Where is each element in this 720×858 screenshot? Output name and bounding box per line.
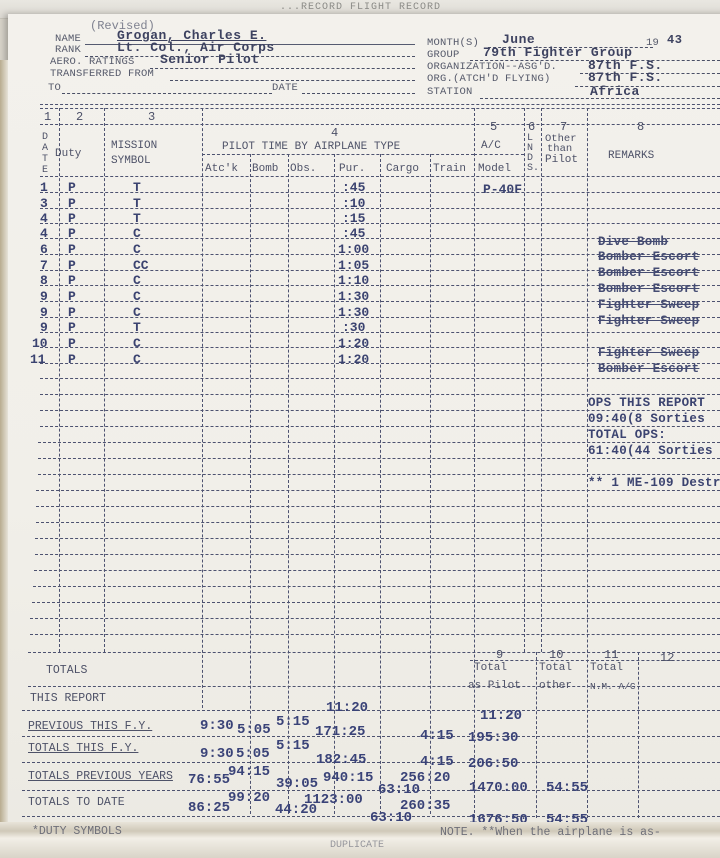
entry-remark: Fighter Sweep — [598, 314, 699, 328]
entry-date: 9 — [40, 305, 48, 320]
aero-ratings-value: Senior Pilot — [160, 52, 260, 67]
col-head-atck: Atc'k — [205, 163, 238, 176]
entry-date: 11 — [30, 352, 46, 367]
entry-remark: Bomber Escort — [598, 250, 699, 264]
col-head-ac: A/C — [481, 140, 501, 153]
totals-title: TOTALS — [46, 664, 87, 677]
ops-this-report-value: 09:40(8 Sorties — [588, 412, 705, 426]
date-label: DATE — [272, 82, 298, 94]
entry-remark: Bomber Escort — [598, 282, 699, 296]
entry-duty: P — [68, 242, 76, 257]
entry-duty: P — [68, 289, 76, 304]
entry-duty: P — [68, 320, 76, 335]
entry-pur: :45 — [342, 226, 365, 241]
totals-this-report-pur: 11:20 — [326, 700, 368, 716]
col-num-2: 2 — [76, 110, 83, 124]
totals-previous-fy-train: 4:15 — [420, 728, 454, 744]
org-attached-value: 87th F.S. — [588, 70, 663, 85]
col-num-5: 5 — [490, 120, 497, 134]
totals-to-date-train: 260:35 — [400, 798, 450, 814]
entry-date: 3 — [40, 196, 48, 211]
entry-duty: P — [68, 196, 76, 211]
entry-duty: P — [68, 211, 76, 226]
totals-to-date-bomb: 99:20 — [228, 790, 270, 806]
col10-line1: Total — [539, 662, 572, 675]
col-head-bomb: Bomb — [252, 163, 278, 176]
col-head-mission-2: SYMBOL — [111, 155, 151, 168]
col-head-pur: Pur. — [339, 163, 365, 176]
footer-note: NOTE. **When the airplane is as- — [440, 826, 661, 839]
entry-mission: C — [133, 242, 141, 257]
entry-mission: C — [133, 226, 141, 241]
totals-previous-fy-obs: 5:15 — [276, 714, 310, 730]
entry-duty: P — [68, 273, 76, 288]
total-ops-value: 61:40(44 Sorties — [588, 444, 713, 458]
entry-pur: :45 — [342, 180, 365, 195]
col-head-obs: Obs. — [290, 163, 316, 176]
totals-this-fy-train: 4:15 — [420, 754, 454, 770]
entry-mission: T — [133, 196, 141, 211]
entry-pur: :30 — [342, 320, 365, 335]
entry-pur: 1:00 — [338, 242, 369, 257]
entry-duty: P — [68, 226, 76, 241]
col-num-4: 4 — [331, 126, 338, 140]
victory-note: ** 1 ME-109 Destroyed — [588, 476, 720, 490]
totals-this-fy-obs: 5:15 — [276, 738, 310, 754]
totals-this-report-label: THIS REPORT — [30, 692, 106, 705]
binder-edge — [0, 60, 8, 840]
org-attached-label: ORG.(ATCH'D FLYING) — [427, 73, 551, 85]
totals-this-fy-atck: 9:30 — [200, 746, 234, 762]
entry-duty: P — [68, 305, 76, 320]
col-num-1: 1 — [44, 110, 51, 124]
entry-mission: C — [133, 352, 141, 367]
entry-date: 6 — [40, 242, 48, 257]
totals-previous-years-label: TOTALS PREVIOUS YEARS — [28, 770, 173, 783]
total-ops-label: TOTAL OPS: — [588, 428, 666, 442]
station-label: STATION — [427, 86, 473, 98]
group-label: GROUP — [427, 49, 460, 61]
entry-date: 9 — [40, 320, 48, 335]
totals-to-date-pur: 1123:00 — [304, 792, 363, 808]
entry-mission: C — [133, 273, 141, 288]
aero-ratings-label: AERO. RATINGS — [50, 56, 135, 68]
entry-date: 4 — [40, 226, 48, 241]
entry-pur: 1:30 — [338, 289, 369, 304]
entry-mission: T — [133, 211, 141, 226]
col-head-cargo: Cargo — [386, 163, 419, 176]
entry-remark: Bomber Escort — [598, 362, 699, 376]
ops-this-report-label: OPS THIS REPORT — [588, 396, 705, 410]
station-value: Africa — [590, 84, 640, 99]
entry-mission: C — [133, 305, 141, 320]
entry-duty: P — [68, 336, 76, 351]
entry-pur: 1:20 — [338, 336, 369, 351]
totals-previous-fy-label: PREVIOUS THIS F.Y. — [28, 720, 152, 733]
totals-this-fy-pur: 182:45 — [316, 752, 366, 768]
entry-pur: 1:05 — [338, 258, 369, 273]
totals-previous-years-other: 54:55 — [546, 780, 588, 796]
col9-line2: as Pilot — [468, 680, 521, 693]
entry-remark: Fighter Sweep — [598, 298, 699, 312]
entry-pur: :15 — [342, 211, 365, 226]
col-num-6: 6 — [528, 120, 535, 134]
entry-date: 4 — [40, 211, 48, 226]
entry-date: 7 — [40, 258, 48, 273]
month-label: MONTH(S) — [427, 37, 479, 49]
col-head-other-2: than — [547, 144, 572, 154]
station-underline — [480, 98, 720, 99]
col-head-duty: Duty — [55, 148, 81, 161]
totals-previous-years-train: 256:20 — [400, 770, 450, 786]
totals-previous-fy-bomb: 5:05 — [237, 722, 271, 738]
transferred-underline — [170, 80, 415, 81]
col-head-train: Train — [433, 163, 466, 176]
totals-this-report-as-pilot: 11:20 — [480, 708, 522, 724]
col-head-other-3: Pilot — [545, 154, 578, 167]
date-underline — [302, 93, 415, 94]
col-num-8: 8 — [637, 120, 644, 134]
entry-duty: P — [68, 352, 76, 367]
entry-duty: P — [68, 258, 76, 273]
totals-previous-fy-atck: 9:30 — [200, 718, 234, 734]
entry-mission: CC — [133, 258, 149, 273]
entry-pur: 1:20 — [338, 352, 369, 367]
entry-remark: Fighter Sweep — [598, 346, 699, 360]
duty-symbols-label: *DUTY SYMBOLS — [32, 825, 122, 838]
totals-this-fy-bomb: 5:05 — [236, 746, 270, 762]
entry-date: 8 — [40, 273, 48, 288]
totals-previous-years-pur: 940:15 — [323, 770, 373, 786]
entry-mission: T — [133, 320, 141, 335]
entry-remark: Bomber Escort — [598, 266, 699, 280]
col-head-mission-1: MISSION — [111, 140, 157, 153]
col10-line2: other — [539, 680, 572, 693]
col-num-7: 7 — [560, 120, 567, 134]
col9-line1: Total — [474, 662, 507, 675]
col-num-3: 3 — [148, 110, 155, 124]
entry-remark: Dive Bomb — [598, 235, 668, 249]
col11-line1: Total — [590, 662, 623, 675]
entry-pur: 1:30 — [338, 305, 369, 320]
organization-label: ORGANIZATION--ASG'D. — [427, 61, 557, 73]
page-bottom-fold: *DUTY SYMBOLS DUPLICATE NOTE. **When the… — [0, 822, 720, 858]
year-value: 43 — [667, 33, 682, 47]
totals-previous-fy-as-pilot: 195:30 — [468, 730, 518, 746]
entry-duty: P — [68, 180, 76, 195]
form-title-fragment: ...RECORD FLIGHT RECORD — [280, 2, 441, 13]
col-head-date: DATE — [42, 132, 52, 176]
totals-previous-years-obs: 39:05 — [276, 776, 318, 792]
totals-col-num-10: 10 — [549, 648, 563, 662]
totals-previous-years-atck: 76:55 — [188, 772, 230, 788]
col-head-lnds: LNDS. — [527, 134, 535, 174]
entry-mission: C — [133, 289, 141, 304]
entry-pur: :10 — [342, 196, 365, 211]
entry-date: 10 — [32, 336, 48, 351]
to-label: TO — [48, 82, 61, 94]
col-head-model: Model — [478, 163, 511, 176]
col11-line2: N.M. A/C — [590, 680, 636, 693]
entry-mission: T — [133, 180, 141, 195]
to-underline — [62, 93, 272, 94]
totals-col-num-12: 12 — [660, 651, 674, 665]
totals-previous-years-as-pilot: 1470:00 — [469, 780, 528, 796]
year-prefix: 19 — [646, 37, 659, 49]
entry-date: 1 — [40, 180, 48, 195]
totals-this-fy-as-pilot: 206:50 — [468, 756, 518, 772]
totals-to-date-atck: 86:25 — [188, 800, 230, 816]
entry-pur: 1:10 — [338, 273, 369, 288]
totals-this-fy-label: TOTALS THIS F.Y. — [28, 742, 138, 755]
duplicate-stamp: DUPLICATE — [330, 840, 384, 851]
aero-underline — [150, 68, 415, 69]
transferred-from-label: TRANSFERRED FROM — [50, 68, 154, 80]
totals-previous-years-bomb: 94:15 — [228, 764, 270, 780]
col-head-pilot-time: PILOT TIME BY AIRPLANE TYPE — [222, 141, 400, 154]
totals-previous-fy-pur: 171:25 — [315, 724, 365, 740]
rank-label: RANK — [55, 44, 81, 56]
col-head-remarks: REMARKS — [608, 150, 654, 163]
entry-model: P-40F — [483, 182, 522, 197]
entry-mission: C — [133, 336, 141, 351]
totals-col-num-11: 11 — [604, 648, 618, 662]
totals-to-date-label: TOTALS TO DATE — [28, 796, 125, 809]
entry-date: 9 — [40, 289, 48, 304]
totals-col-num-9: 9 — [496, 648, 503, 662]
